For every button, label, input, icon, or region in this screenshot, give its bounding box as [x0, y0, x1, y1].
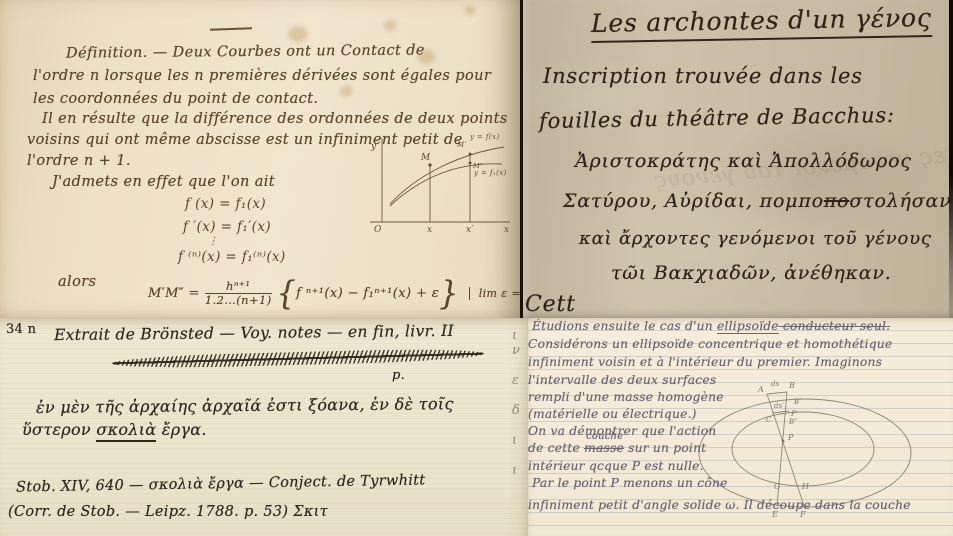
- greek-line-post: στολήσαντες: [849, 190, 953, 212]
- ds-chord: [767, 392, 787, 394]
- page-reference: p.: [392, 368, 405, 383]
- handwritten-line: l'ordre n + 1.: [27, 153, 131, 169]
- page-title: Les archontes d'un γένος: [591, 3, 932, 43]
- line-pre: Étudions ensuite le cas d'un: [532, 319, 717, 333]
- handwritten-line: rempli d'une masse homogène: [528, 390, 724, 404]
- handwritten-line: Il en résulte que la différence des ordo…: [42, 111, 508, 127]
- facing-page-fragment: ινεδιι: [512, 328, 526, 478]
- curve-f1-label: y = f₁(x): [473, 169, 507, 177]
- origin-label: O: [374, 225, 382, 235]
- handwritten-line: les coordonnées du point de contact.: [33, 91, 318, 107]
- correction-group: massecouche: [584, 441, 624, 455]
- clipped-word: Cett: [525, 292, 576, 317]
- greek-inscription-line: καὶ ἄρχοντες γενόμενοι τοῦ γένους: [579, 228, 932, 249]
- curve-f-label: y = f(x): [469, 133, 499, 141]
- greek-inscription-line: Ἀριστοκράτης καὶ Ἀπολλόδωρος: [575, 150, 912, 172]
- label-B-second: B″: [788, 418, 797, 426]
- fraction-numerator: hⁿ⁺¹: [205, 280, 272, 294]
- handwritten-line: l'intervalle des deux surfaces: [528, 373, 716, 387]
- handwritten-word-alors: alors: [58, 274, 96, 290]
- point-M-second-dot: [469, 162, 472, 165]
- label-P-prime: P′: [790, 410, 798, 418]
- label-P: P: [787, 433, 794, 442]
- manuscript-page-ellipsoid: A ds B B′ ds′ P′ B″ C P G H E F Étudions…: [528, 318, 953, 536]
- handwritten-line: l'ordre n lorsque les n premières dérivé…: [33, 68, 491, 84]
- handwritten-line: Considérons un ellipsoïde concentrique e…: [528, 337, 892, 351]
- struck-words: conducteur seul.: [779, 319, 890, 333]
- handwritten-line: Inscription trouvée dans les: [543, 64, 863, 88]
- equation-fraction: hⁿ⁺¹ 1.2…(n+1): [205, 280, 272, 307]
- fraction-denominator: 1.2…(n+1): [205, 294, 272, 307]
- limit-note: lim ε = 0: [469, 287, 520, 300]
- label-C: C: [766, 416, 772, 424]
- handwritten-line: Étudions ensuite le cas d'un ellipsoïde …: [532, 319, 890, 333]
- point-M-prime-label: M′: [456, 141, 467, 149]
- equation-line: f (x) = f₁(x): [185, 196, 266, 212]
- handwritten-line: Par le point P menons un cône: [532, 476, 728, 490]
- inner-ellipse: [732, 412, 874, 486]
- struck-word: masse: [584, 441, 624, 455]
- open-brace: {: [277, 274, 297, 313]
- equation-body: f ⁿ⁺¹(x) − f₁ⁿ⁺¹(x) + ε: [296, 286, 439, 301]
- heading-line: Extrait de Brönsted — Voy. notes — en fi…: [54, 322, 454, 344]
- handwritten-line: de cette massecouche sur un point: [528, 441, 706, 455]
- underlined-word: ellipsoïde: [717, 319, 779, 334]
- handwritten-line: infiniment petit d'angle solide ω. Il dé…: [528, 498, 911, 512]
- greek-line-pre: Σατύρου, Αὐρίδαι, πομπο: [563, 190, 824, 212]
- inserted-word: couche: [586, 431, 623, 442]
- contact-curves-diagram: y O x x′ x M M′ M″ y = f(x) y = f₁(x): [352, 130, 516, 240]
- label-G: G: [774, 482, 781, 491]
- scribbled-out-line: [112, 347, 484, 370]
- handwritten-line: intérieur qcque P est nulle.: [528, 459, 704, 473]
- label-H: H: [801, 482, 810, 491]
- greek-quote-line: ἐν μὲν τῆς ἀρχαίης ἀρχαῖά ἐστι ξόανα, ἐν…: [36, 394, 454, 417]
- margin-folio-number: 34 n: [6, 322, 36, 337]
- manuscript-collage: Définition. — Deux Courbes ont un Contac…: [0, 0, 953, 536]
- label-ds-prime: ds′: [774, 402, 784, 410]
- equation-lhs: M′M″ =: [148, 286, 200, 301]
- x2-label: x′: [466, 225, 474, 235]
- greek-quote-line: ὕστερον σκολιὰ ἔργα.: [22, 420, 207, 439]
- equation-line: f ′(x) = f₁′(x): [183, 219, 271, 235]
- point-M-dot: [428, 163, 431, 166]
- underlined-word: σκολιὰ: [96, 420, 156, 442]
- line-pre: de cette: [528, 441, 584, 455]
- foxing-stain: [340, 86, 353, 97]
- vertical-dots: ⋮: [208, 236, 218, 247]
- point-P-dot: [782, 440, 785, 443]
- equation-line: f ⁽ⁿ⁾(x) = f₁⁽ⁿ⁾(x): [178, 249, 286, 265]
- label-B-prime: B′: [793, 398, 801, 406]
- main-equation: M′M″ = hⁿ⁺¹ 1.2…(n+1) { f ⁿ⁺¹(x) − f₁ⁿ⁺¹…: [148, 276, 520, 311]
- close-brace: }: [439, 274, 459, 313]
- label-ds: ds: [771, 380, 780, 388]
- handwritten-line: fouilles du théâtre de Bacchus:: [539, 103, 895, 133]
- section-divider-stroke: [210, 27, 252, 30]
- point-M-label: M: [420, 153, 431, 163]
- handwritten-line: Définition. — Deux Courbes ont un Contac…: [66, 42, 425, 61]
- crossed-out-letters: πο: [824, 190, 850, 212]
- x1-label: x: [427, 225, 432, 235]
- y-axis-label: y: [370, 142, 377, 152]
- handwritten-line: infiniment voisin et à l'intérieur du pr…: [528, 355, 882, 369]
- greek-inscription-line: Σατύρου, Αὐρίδαι, πομποποστολήσαντες: [563, 190, 953, 212]
- x-end-label: x: [504, 225, 509, 235]
- manuscript-page-archontes: καὶ ἄρχοντες γενόμενοι τοῦ γένους Les ar…: [520, 0, 953, 318]
- greek-inscription-line: τῶι Βακχιαδῶν, ἀνέθηκαν.: [611, 262, 892, 284]
- foxing-stain: [465, 6, 475, 15]
- manuscript-page-bronsted: 34 n Extrait de Brönsted — Voy. notes — …: [0, 318, 528, 536]
- manuscript-page-calculus: Définition. — Deux Courbes ont un Contac…: [0, 0, 520, 318]
- foxing-stain: [288, 26, 308, 42]
- foxing-stain: [384, 20, 396, 31]
- point-M-prime-dot: [469, 153, 472, 156]
- greek-quote-pre: ὕστερον: [22, 420, 96, 439]
- line-post: sur un point: [624, 441, 706, 455]
- label-B: B: [788, 381, 795, 390]
- handwritten-line: (matérielle ou électrique.): [528, 407, 697, 421]
- greek-quote-post: ἔργα.: [156, 420, 206, 439]
- citation-line: (Corr. de Stob. — Leipz. 1788. p. 53) Σκ…: [8, 504, 328, 520]
- handwritten-line: J'admets en effet que l'on ait: [52, 174, 275, 190]
- label-A: A: [757, 385, 764, 394]
- citation-line: Stob. XIV, 640 — σκολιὰ ἔργα — Conject. …: [16, 472, 426, 495]
